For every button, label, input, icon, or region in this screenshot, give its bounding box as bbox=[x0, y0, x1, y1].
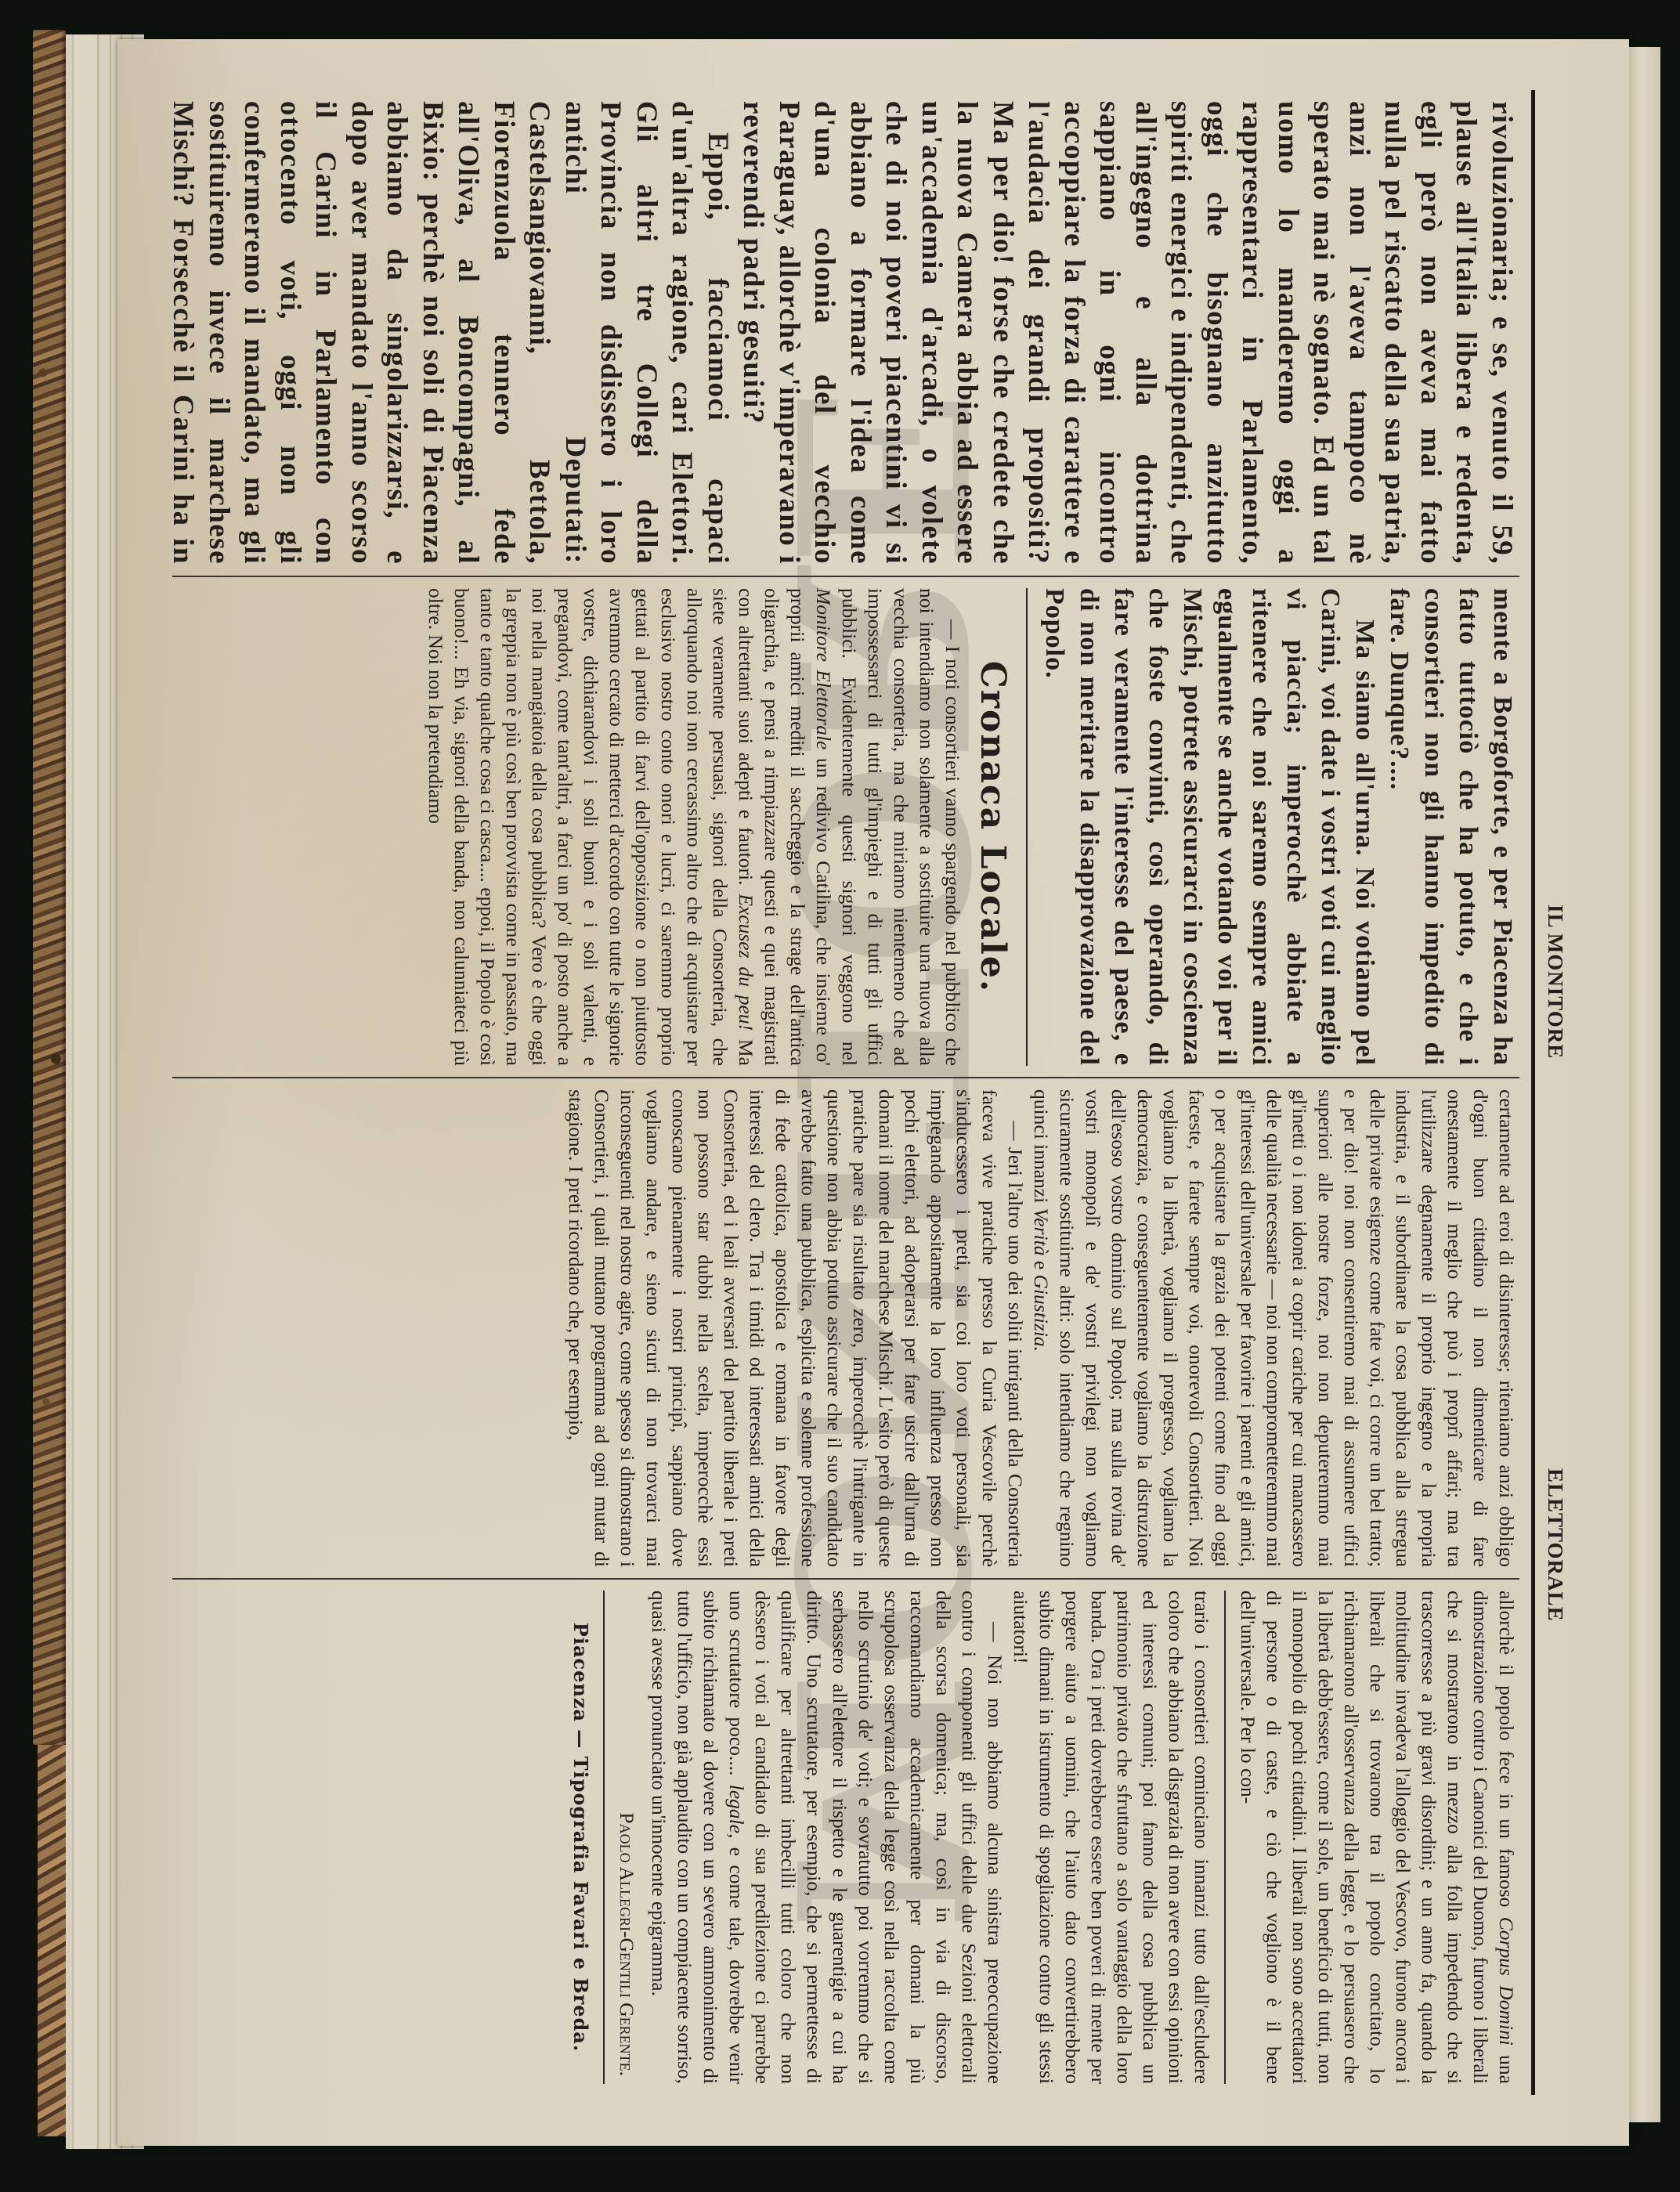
news-item: — Noi non abbiamo alcuna sinistra preocc… bbox=[646, 1591, 1008, 2084]
news-item: trario i consortieri cominciano innanzi … bbox=[1008, 1591, 1215, 2084]
news-item: — I noti consortieri vanno spargendo nel… bbox=[423, 588, 966, 1066]
article-paragraph: rivoluzionaria; e se, venuto il 59, plau… bbox=[735, 101, 1519, 565]
section-title-cronaca-locale: Cronaca Locale. bbox=[980, 588, 1006, 1066]
article-paragraph: Eppoi, facciamoci capaci d'un'altra ragi… bbox=[172, 101, 735, 565]
columns: rivoluzionaria; e se, venuto il 59, plau… bbox=[172, 90, 1519, 2095]
article-paragraph: mente a Borgoforte, e per Piacenza ha fa… bbox=[1382, 588, 1519, 1066]
divider bbox=[603, 1591, 605, 2084]
rotated-newspaper-sheet: MONITORE IL MONITORE ELETTORALE rivoluzi… bbox=[172, 90, 1582, 2095]
masthead: IL MONITORE ELETTORALE bbox=[1531, 90, 1582, 2095]
news-item: allorchè il popolo fece in un famoso Cor… bbox=[1235, 1591, 1519, 2084]
news-item: certamente ad eroi di disinteresse; rite… bbox=[1028, 1089, 1519, 1567]
news-item: — Jeri l'altro uno dei soliti intriganti… bbox=[563, 1089, 1028, 1567]
masthead-title-left: IL MONITORE bbox=[1543, 905, 1567, 1059]
masthead-title-right: ELETTORALE bbox=[1543, 1468, 1567, 1622]
column-2: mente a Borgoforte, e per Piacenza ha fa… bbox=[172, 576, 1519, 1077]
marbled-binding-spine bbox=[33, 30, 66, 1745]
column-1: rivoluzionaria; e se, venuto il 59, plau… bbox=[172, 90, 1519, 576]
column-4: allorchè il popolo fece in un famoso Cor… bbox=[172, 1578, 1519, 2095]
page-fold-edge bbox=[1629, 47, 1660, 2122]
marbled-binding-lower bbox=[38, 1745, 69, 2136]
article-paragraph: Ma siamo all'urna. Noi votiamo pel Carin… bbox=[1037, 588, 1382, 1066]
signature-gerente: Paolo Allegri-Gentili Gerente. bbox=[614, 1591, 640, 2084]
divider bbox=[1224, 1591, 1226, 2084]
divider bbox=[1026, 588, 1028, 1066]
column-3: certamente ad eroi di disinteresse; rite… bbox=[172, 1077, 1519, 1578]
printer-imprint: Piacenza — Tipografia Favari e Breda. bbox=[568, 1591, 594, 2084]
